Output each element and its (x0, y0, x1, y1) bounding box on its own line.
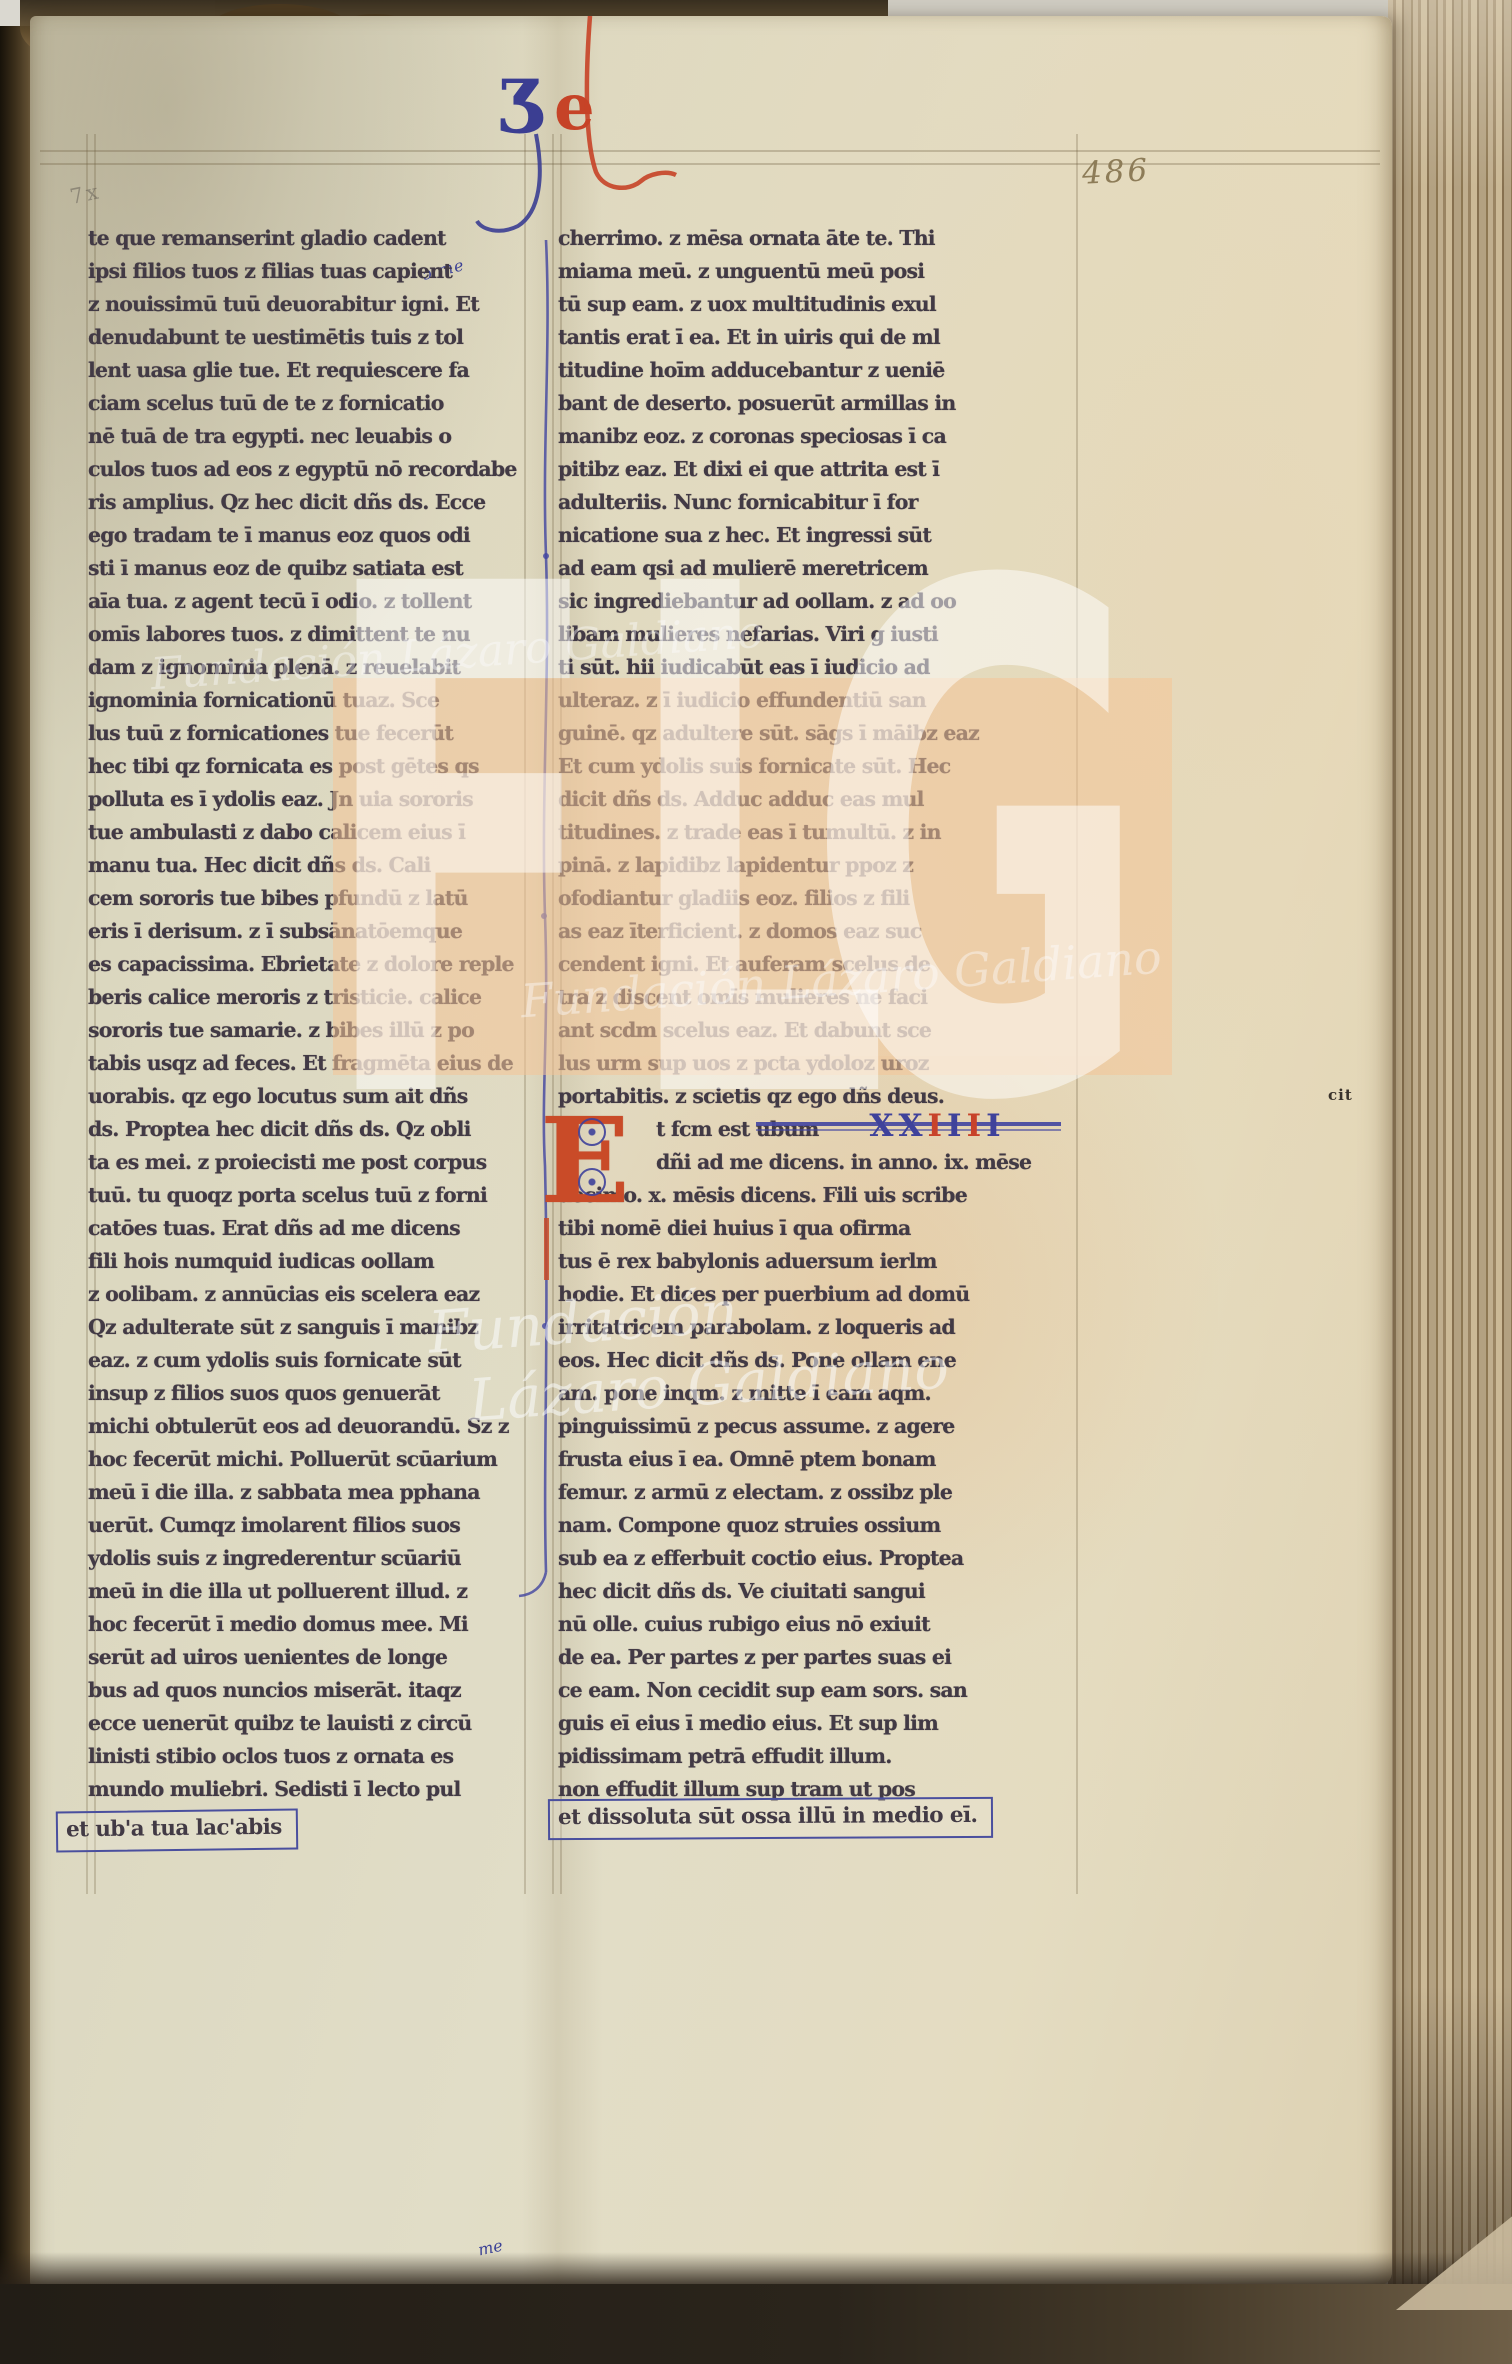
text-line: hec dicit dñs ds. Ve ciuitati sangui (558, 1575, 1098, 1608)
text-line: tantis erat ī ea. Et in uiris qui de ml (558, 321, 1098, 354)
text-line: mundo muliebri. Sedisti ī lecto pul (88, 1773, 528, 1806)
boxed-catchline-left: et ub'a tua lac'abis (56, 1809, 298, 1853)
chapter-numeral-letter: I (928, 1108, 948, 1144)
text-line: bus ad quos nuncios miserāt. itaqz (88, 1674, 528, 1707)
text-line: denudabunt te uestimētis tuis z tol (88, 321, 528, 354)
text-line: te que remanserint gladio cadent (88, 222, 528, 255)
photo-bottom-edge (0, 2284, 1512, 2364)
text-line: serūt ad uiros uenientes de longe (88, 1641, 528, 1674)
chapter-numeral-letter: I (967, 1108, 987, 1144)
ruling-line (40, 150, 1380, 152)
margin-note: cit (1328, 1086, 1353, 1104)
text-line: nū olle. cuius rubigo eius nō exiuit (558, 1608, 1098, 1641)
ruling-line (40, 163, 1380, 165)
text-line: linisti stibio oclos tuos z ornata es (88, 1740, 528, 1773)
text-line: ce eam. Non cecidit sup eam sors. san (558, 1674, 1098, 1707)
chapter-numeral-letter: I (947, 1108, 967, 1144)
text-line: uerūt. Cumqz imolarent filios suos (88, 1509, 528, 1542)
text-line: ecce uenerūt quibz te lauisti z circū (88, 1707, 528, 1740)
text-line: meū in die illa ut polluerent illud. z (88, 1575, 528, 1608)
text-line: frusta eius ī ea. Omnē ptem bonam (558, 1443, 1098, 1476)
text-line: bant de deserto. posuerūt armillas in (558, 387, 1098, 420)
text-line: meū ī die illa. z sabbata mea pphana (88, 1476, 528, 1509)
pencil-mark: 7x (68, 179, 104, 209)
text-line: tū sup eam. z uox multitudinis exul (558, 288, 1098, 321)
chapter-numeral-letter: I (986, 1108, 1006, 1144)
text-line: ydolis suis z ingrederentur scūariū (88, 1542, 528, 1575)
watermark-initial-F: F (318, 498, 605, 1198)
text-line: lent uasa glie tue. Et requiescere fa (88, 354, 528, 387)
text-line: nam. Compone quoz struies ossium (558, 1509, 1098, 1542)
text-line: cherrimo. z mēsa ornata āte te. Thi (558, 222, 1098, 255)
book-binding-edge (0, 0, 34, 2364)
text-line: hoc fecerūt michi. Polluerūt scūarium (88, 1443, 528, 1476)
running-header-letter-red: e (554, 76, 595, 140)
folio-number: 486 (1081, 152, 1151, 192)
text-line: z nouissimū tuū deuorabitur igni. Et (88, 288, 528, 321)
watermark-initial-G: G (806, 498, 1151, 1198)
text-line: ciam scelus tuū de te z fornicatio (88, 387, 528, 420)
boxed-catchline-right: et dissoluta sūt ossa illū in medio eī. (548, 1797, 994, 1840)
text-line: miama meū. z unguentū meū posi (558, 255, 1098, 288)
text-line: guis eī eius ī medio eius. Et sup lim (558, 1707, 1098, 1740)
text-line: insup z filios suos quos genuerāt (88, 1377, 528, 1410)
text-line: femur. z armū z electam. z ossibz ple (558, 1476, 1098, 1509)
running-header-letter-blue: ʒ (498, 54, 541, 130)
text-line: michi obtulerūt eos ad deuorandū. Sz z (88, 1410, 528, 1443)
text-line: hoc fecerūt ī medio domus mee. Mi (88, 1608, 528, 1641)
page-edges-shading (1388, 0, 1512, 2364)
text-line: de ea. Per partes z per partes suas ei (558, 1641, 1098, 1674)
chapter-numeral-letter: X (898, 1108, 927, 1144)
text-line: titudine hoīm adducebantur z ueniē (558, 354, 1098, 387)
text-line: pidissimam petrā effudit illum. (558, 1740, 1098, 1773)
bottom-shadow (0, 2252, 1512, 2288)
text-line: ipsi filios tuos z filias tuas capient (88, 255, 528, 288)
chapter-numeral-letter: X (869, 1108, 898, 1144)
text-line: sub ea z efferbuit coctio eius. Proptea (558, 1542, 1098, 1575)
